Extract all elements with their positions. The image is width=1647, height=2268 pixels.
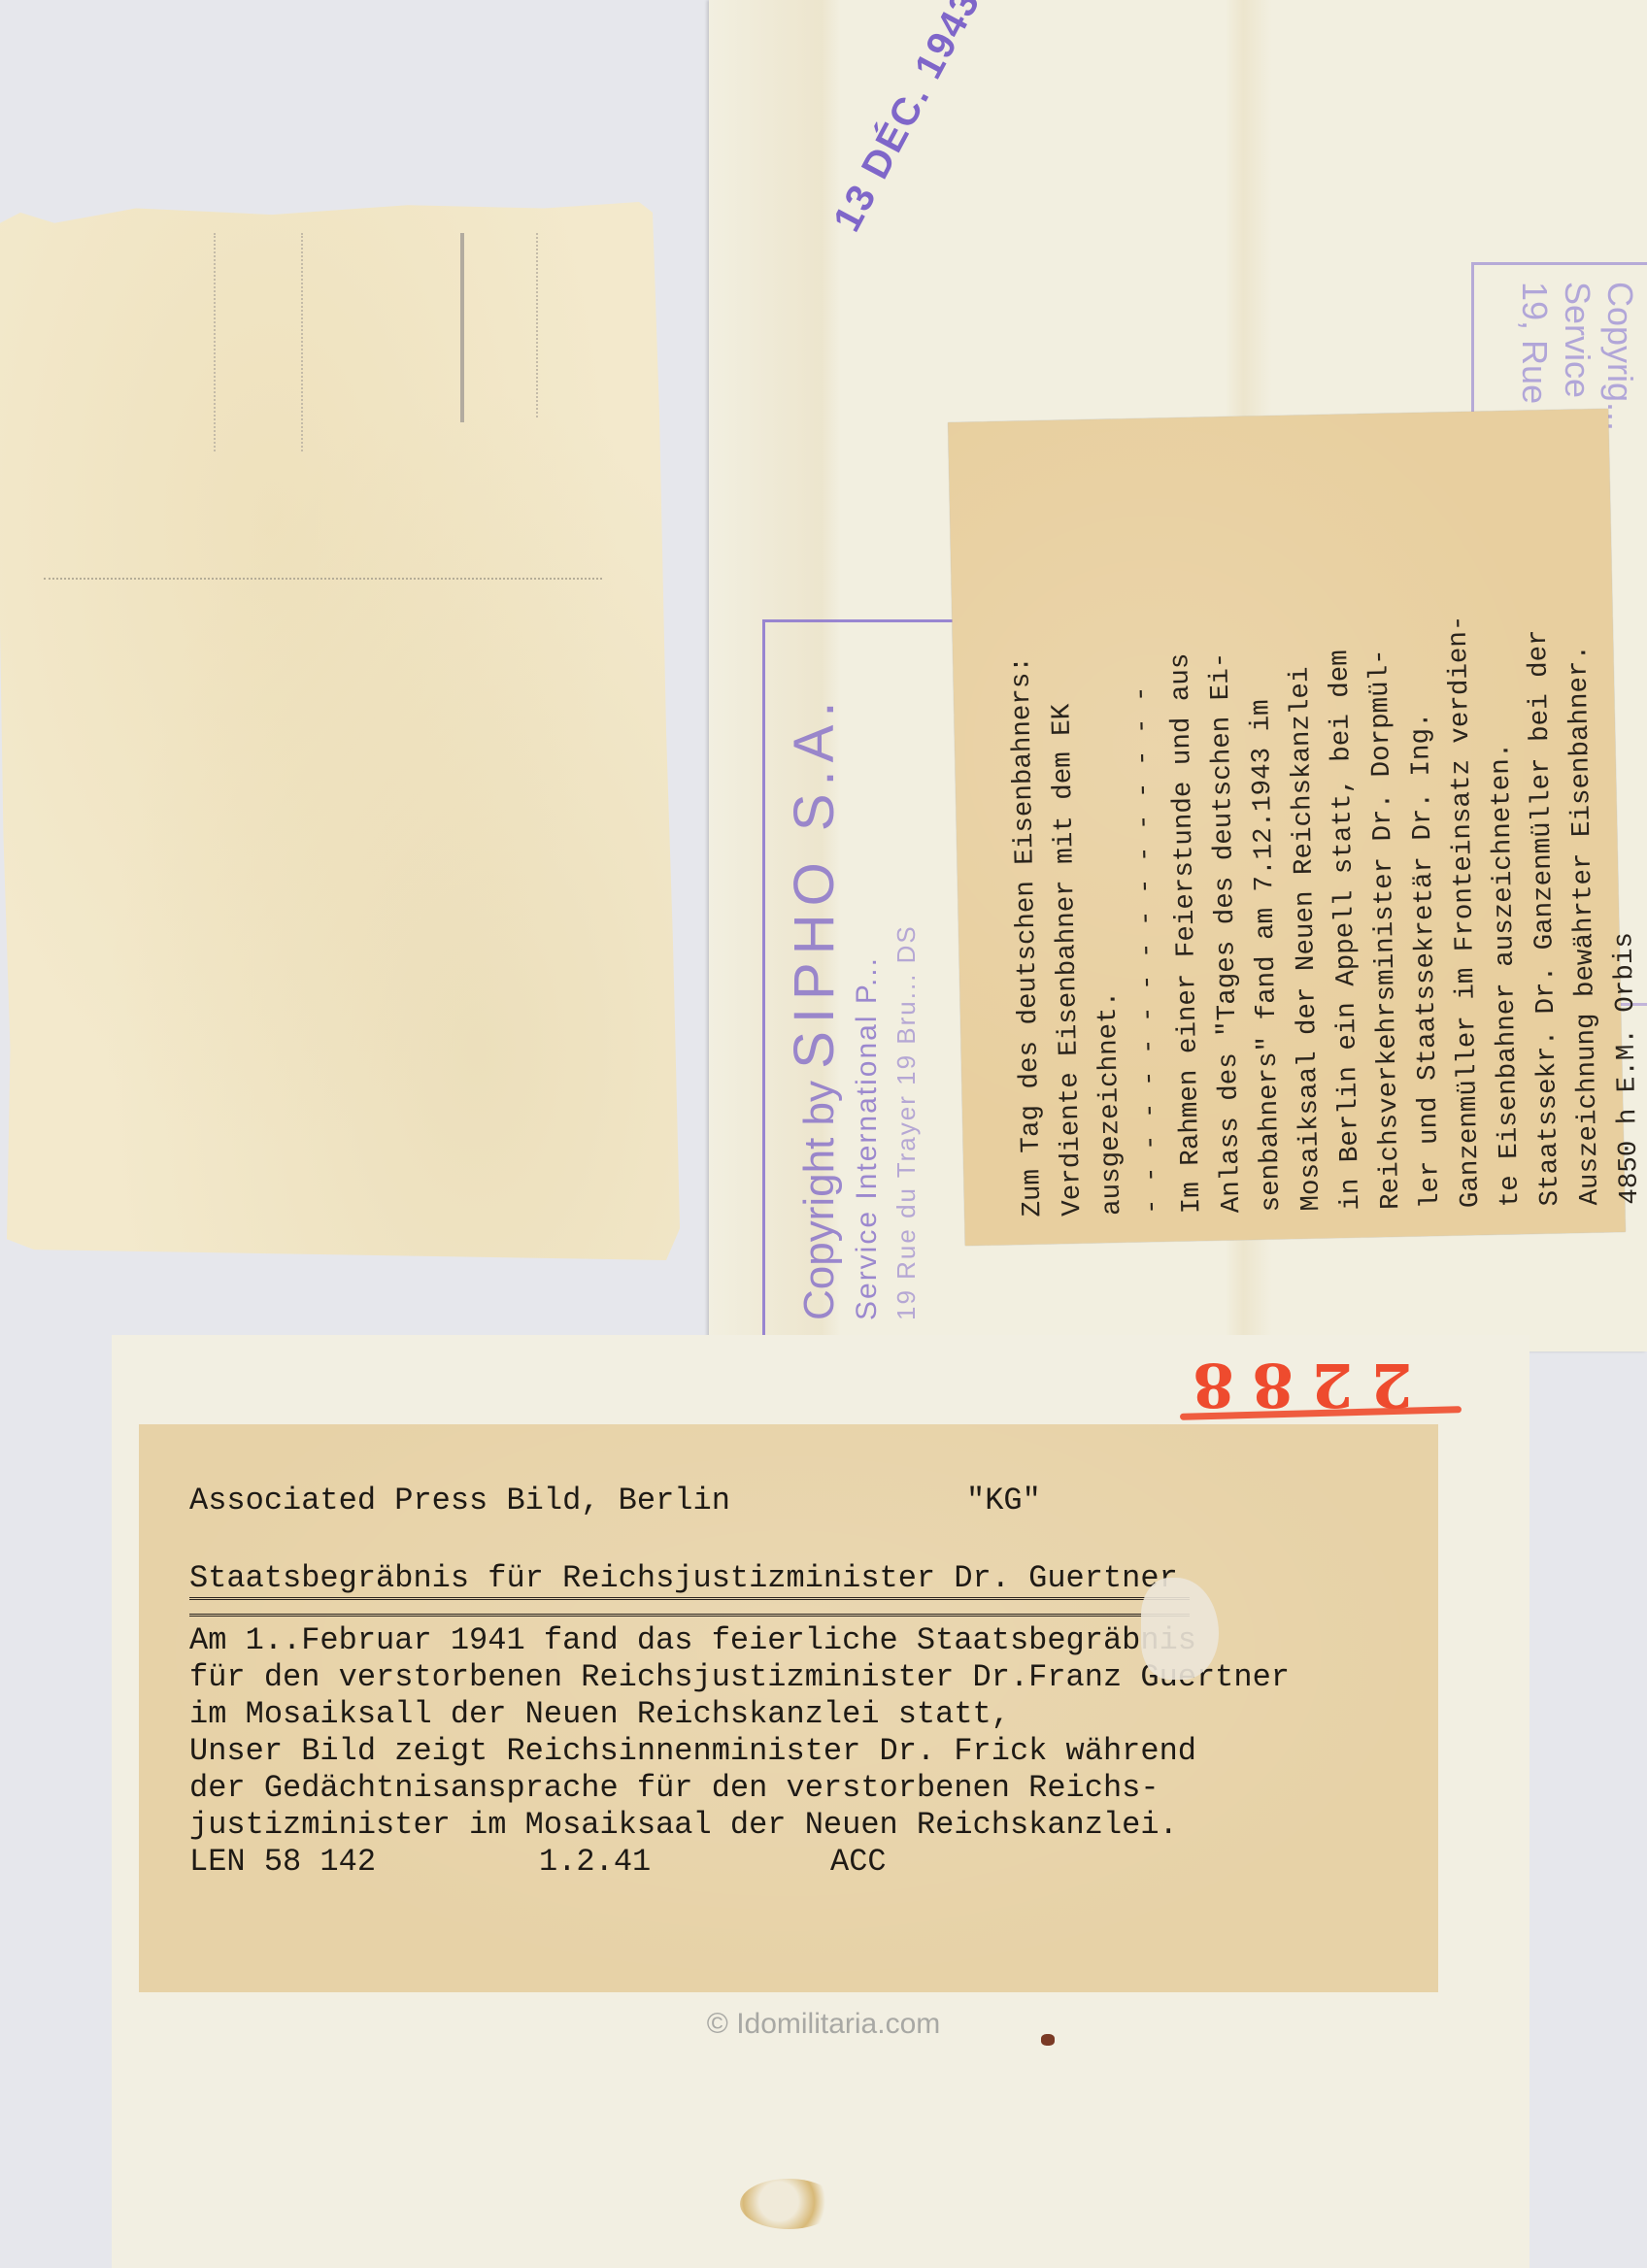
copyright-sipho-stamp: Copyright by SIPHO S.A. Service Internat…	[782, 602, 922, 1320]
caption-line: Am 1..Februar 1941 fand das feierliche S…	[189, 1622, 1290, 1659]
debris-speck	[1041, 2034, 1055, 2046]
watermark: © Idomilitaria.com	[0, 2008, 1647, 2041]
caption-title: Staatsbegräbnis für Reichsjustizminister…	[189, 1560, 1290, 1597]
copyright-brand: SIPHO S.A.	[783, 694, 846, 1069]
photo-ref-number: LEN 58 142	[189, 1844, 539, 1881]
postcard-stamp-guide-line	[301, 233, 303, 451]
caption-line: für den verstorbenen Reichsjustizministe…	[189, 1659, 1290, 1696]
operator-initials: ACC	[830, 1844, 887, 1881]
caption-line: der Gedächtnisansprache für den verstorb…	[189, 1770, 1290, 1807]
caption-line: im Mosaiksall der Neuen Reichskanzlei st…	[189, 1696, 1290, 1733]
ap-caption-text: Associated Press Bild, Berlin "KG" Staat…	[189, 1483, 1290, 1881]
agency-name: Associated Press Bild, Berlin	[189, 1483, 966, 1519]
copyright-line3: 19 Rue du Trayer 19 Bru... DS	[891, 602, 922, 1320]
glue-stain	[740, 2179, 837, 2229]
postcard-stamp-guide-line	[536, 233, 538, 417]
caption-line: Unser Bild zeigt Reichsinnenminister Dr.…	[189, 1733, 1290, 1770]
title-double-rule	[189, 1597, 1190, 1617]
photo-date: 1.2.41	[539, 1844, 830, 1881]
copyright-prefix: Copyright by	[795, 1081, 843, 1320]
caption-line: justizminister im Mosaiksaal der Neuen R…	[189, 1807, 1290, 1844]
typed-caption-note: Zum Tag des deutschen Eisenbahners: Verd…	[948, 409, 1626, 1246]
ap-caption-card: Associated Press Bild, Berlin "KG" Staat…	[139, 1424, 1438, 1992]
postcard-back	[0, 202, 680, 1260]
postcard-stamp-guide-line	[214, 233, 216, 451]
agency-code: "KG"	[966, 1483, 1041, 1519]
copyright-line2: Service International P...	[851, 602, 884, 1320]
postcard-stamp-box-line	[460, 233, 464, 422]
typed-caption-text: Zum Tag des deutschen Eisenbahners: Verd…	[996, 408, 1647, 1217]
postcard-address-divider	[44, 578, 602, 580]
